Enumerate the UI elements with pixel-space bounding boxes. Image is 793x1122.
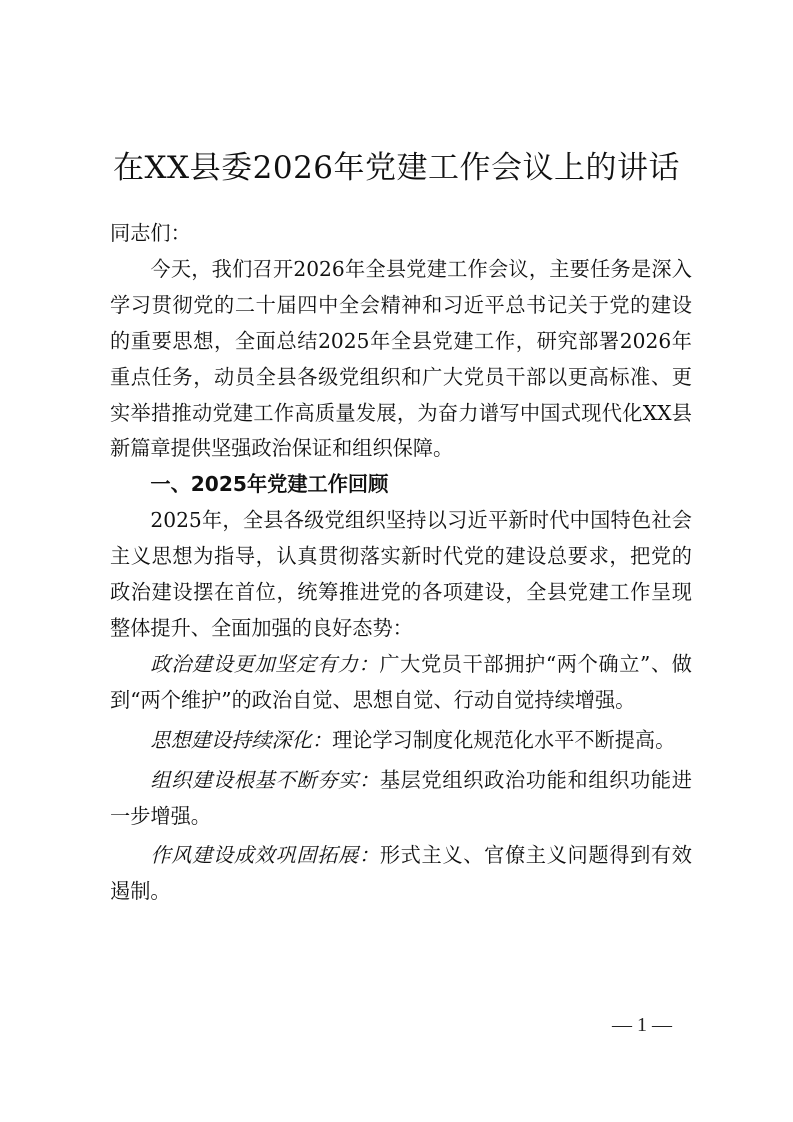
document-body: 同志们： 今天，我们召开2026年全县党建工作会议，主要任务是深入学习贯彻党的二… [110, 216, 692, 910]
achievement-item-organizational: 组织建设根基不断夯实：基层党组织政治功能和组织功能进一步增强。 [110, 763, 692, 835]
item-lead: 作风建设成效巩固拓展： [150, 843, 379, 867]
page-number: — 1 — [612, 1014, 672, 1037]
document-page: 在XX县委2026年党建工作会议上的讲话 同志们： 今天，我们召开2026年全县… [0, 0, 793, 1122]
achievement-item-conduct: 作风建设成效巩固拓展：形式主义、官僚主义问题得到有效遏制。 [110, 838, 692, 910]
item-lead: 组织建设根基不断夯实： [150, 768, 379, 792]
salutation: 同志们： [110, 216, 692, 252]
section-overview-paragraph: 2025年，全县各级党组织坚持以习近平新时代中国特色社会主义思想为指导，认真贯彻… [110, 503, 692, 647]
item-lead: 政治建设更加坚定有力： [150, 652, 379, 676]
achievement-item-political: 政治建设更加坚定有力：广大党员干部拥护“两个确立”、做到“两个维护”的政治自觉、… [110, 647, 692, 719]
achievement-item-ideological: 思想建设持续深化：理论学习制度化规范化水平不断提高。 [110, 723, 692, 759]
document-title: 在XX县委2026年党建工作会议上的讲话 [0, 146, 793, 190]
section-heading-1: 一、2025年党建工作回顾 [110, 467, 692, 503]
item-lead: 思想建设持续深化： [150, 728, 332, 752]
intro-paragraph: 今天，我们召开2026年全县党建工作会议，主要任务是深入学习贯彻党的二十届四中全… [110, 252, 692, 467]
item-text: 理论学习制度化规范化水平不断提高。 [332, 728, 675, 752]
